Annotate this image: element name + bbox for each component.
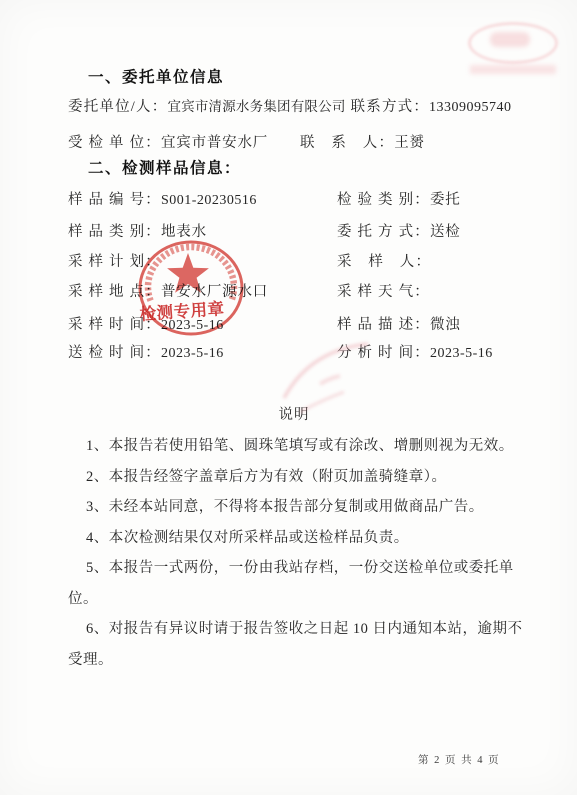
report-page: 一、委托单位信息 委托单位/人：宜宾市清源水务集团有限公司联系方式：133090…	[0, 0, 577, 795]
page-indicator: 第 2 页 共 4 页	[418, 752, 500, 767]
inspection-stamp: 检测专用章	[138, 240, 244, 336]
note-item: 6、对报告有异议时请于报告签收之日起 10 日内通知本站，逾期不受理。	[68, 614, 523, 675]
contact-person: 联 系 人：王赟	[300, 131, 425, 152]
field-row: 采 样 人：	[337, 250, 431, 271]
field-label: 样 品 描 述：	[337, 317, 430, 333]
field-value: 微浊	[430, 317, 461, 333]
field-label: 送 检 时 间：	[68, 345, 161, 361]
field-value: 地表水	[161, 224, 207, 240]
contact-method-label: 联系方式：	[351, 99, 430, 115]
watermark-blob	[490, 32, 530, 47]
section1-heading: 一、委托单位信息	[88, 65, 224, 87]
watermark-text-smudge	[470, 65, 556, 74]
note-item: 4、本次检测结果仅对所采样品或送检样品负责。	[68, 523, 523, 554]
contact-person-value: 王赟	[394, 135, 425, 151]
field-label: 委 托 方 式：	[337, 224, 430, 240]
contact-method-value: 13309095740	[429, 100, 512, 115]
section2-heading: 二、检测样品信息：	[88, 156, 241, 178]
inspected-unit-value: 宜宾市普安水厂	[161, 135, 268, 151]
client-row: 委托单位/人：宜宾市清源水务集团有限公司联系方式：13309095740	[68, 95, 512, 116]
field-row: 样 品 编 号：S001-20230516	[68, 188, 257, 209]
watermark	[452, 16, 567, 84]
inspected-unit-label: 受 检 单 位：	[68, 135, 161, 151]
field-value: 2023-5-16	[430, 346, 493, 361]
contact-person-label: 联 系 人：	[300, 135, 394, 151]
field-label: 样 品 编 号：	[68, 192, 161, 208]
client-value: 宜宾市清源水务集团有限公司	[167, 99, 345, 114]
client-label: 委托单位/人：	[68, 99, 167, 115]
field-value: S001-20230516	[161, 193, 257, 208]
field-label: 采 样 人：	[337, 254, 431, 270]
field-row: 送 检 时 间：2023-5-16	[68, 341, 224, 362]
field-label: 检 验 类 别：	[337, 192, 430, 208]
field-row: 样 品 描 述：微浊	[337, 313, 461, 334]
field-value: 委托	[430, 192, 461, 208]
field-row: 委 托 方 式：送检	[337, 220, 461, 241]
note-item: 2、本报告经签字盖章后方为有效（附页加盖骑缝章）。	[68, 462, 523, 493]
field-row: 采 样 天 气：	[337, 280, 430, 301]
note-item: 3、未经本站同意，不得将本报告部分复制或用做商品广告。	[68, 492, 523, 523]
field-value: 送检	[430, 224, 461, 240]
field-row: 样 品 类 别：地表水	[68, 220, 207, 241]
star-icon	[167, 253, 209, 293]
field-label: 采 样 天 气：	[337, 284, 430, 300]
inspected-unit-row: 受 检 单 位：宜宾市普安水厂	[68, 131, 268, 152]
field-row: 检 验 类 别：委托	[337, 188, 461, 209]
notes-list: 1、本报告若使用铅笔、圆珠笔填写或有涂改、增删则视为无效。 2、本报告经签字盖章…	[68, 431, 523, 675]
field-label: 样 品 类 别：	[68, 224, 161, 240]
note-item: 5、本报告一式两份，一份由我站存档，一份交送检单位或委托单位。	[68, 553, 523, 614]
ghost-stamp-marks	[272, 332, 402, 462]
field-value: 2023-5-16	[161, 346, 224, 361]
